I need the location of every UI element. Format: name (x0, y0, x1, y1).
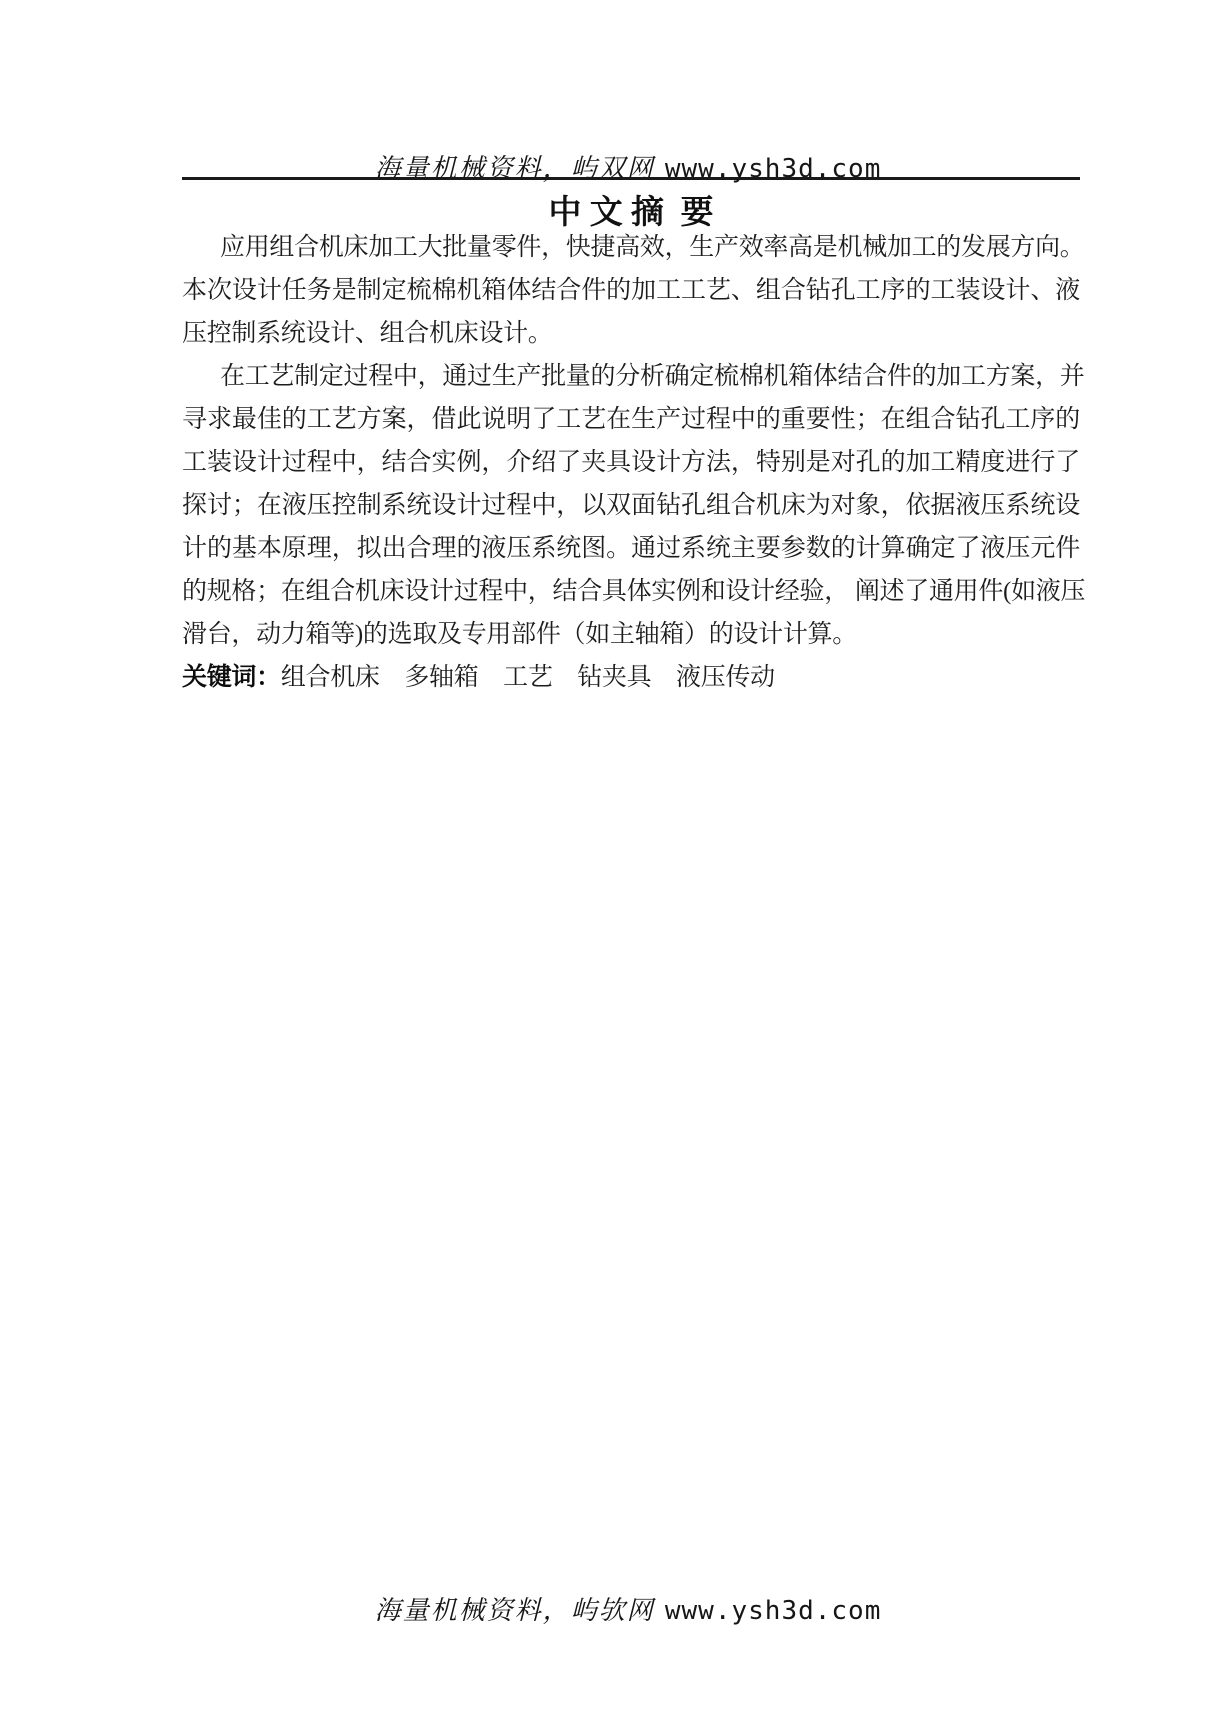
keywords-list: 组合机床 多轴箱 工艺 钻夹具 液压传动 (281, 664, 775, 691)
paragraph-2: 在工艺制定过程中，通过生产批量的分析确定梳棉机箱体结合件的加工方案，并 寻求最佳… (182, 355, 1080, 656)
footer-site-url: www.ysh3d.com (665, 1596, 882, 1626)
text-line: 寻求最佳的工艺方案，借此说明了工艺在生产过程中的重要性；在组合钻孔工序的 (182, 398, 1080, 441)
text-line: 工装设计过程中，结合实例，介绍了夹具设计方法，特别是对孔的加工精度进行了 (182, 441, 1080, 484)
keywords-line: 关键词：组合机床 多轴箱 工艺 钻夹具 液压传动 (182, 656, 1080, 699)
text-line: 压控制系统设计、组合机床设计。 (182, 312, 1080, 355)
keywords-label: 关键词： (182, 663, 281, 691)
abstract-body: 应用组合机床加工大批量零件，快捷高效，生产效率高是机械加工的发展方向。 本次设计… (182, 226, 1080, 699)
text-line: 在工艺制定过程中，通过生产批量的分析确定梳棉机箱体结合件的加工方案，并 (182, 355, 1080, 398)
paragraph-1: 应用组合机床加工大批量零件，快捷高效，生产效率高是机械加工的发展方向。 本次设计… (182, 226, 1080, 355)
footer-site-name: 海量机械资料，屿欤网 (375, 1596, 665, 1626)
footer-site-banner: 海量机械资料，屿欤网 www.ysh3d.com (0, 1560, 1222, 1662)
text-line: 滑台，动力箱等)的选取及专用部件（如主轴箱）的设计计算。 (182, 613, 1080, 656)
text-line: 计的基本原理，拟出合理的液压系统图。通过系统主要参数的计算确定了液压元件 (182, 527, 1080, 570)
text-line: 探讨；在液压控制系统设计过程中，以双面钻孔组合机床为对象，依据液压系统设 (182, 484, 1080, 527)
header-divider-line (182, 177, 1080, 180)
document-page: 海量机械资料，屿双网 www.ysh3d.com 中 文 摘 要 应用组合机床加… (0, 0, 1222, 1727)
text-line: 的规格；在组合机床设计过程中，结合具体实例和设计经验， 阐述了通用件(如液压 (182, 570, 1080, 613)
text-line: 应用组合机床加工大批量零件，快捷高效，生产效率高是机械加工的发展方向。 (182, 226, 1080, 269)
text-line: 本次设计任务是制定梳棉机箱体结合件的加工工艺、组合钻孔工序的工装设计、液 (182, 269, 1080, 312)
